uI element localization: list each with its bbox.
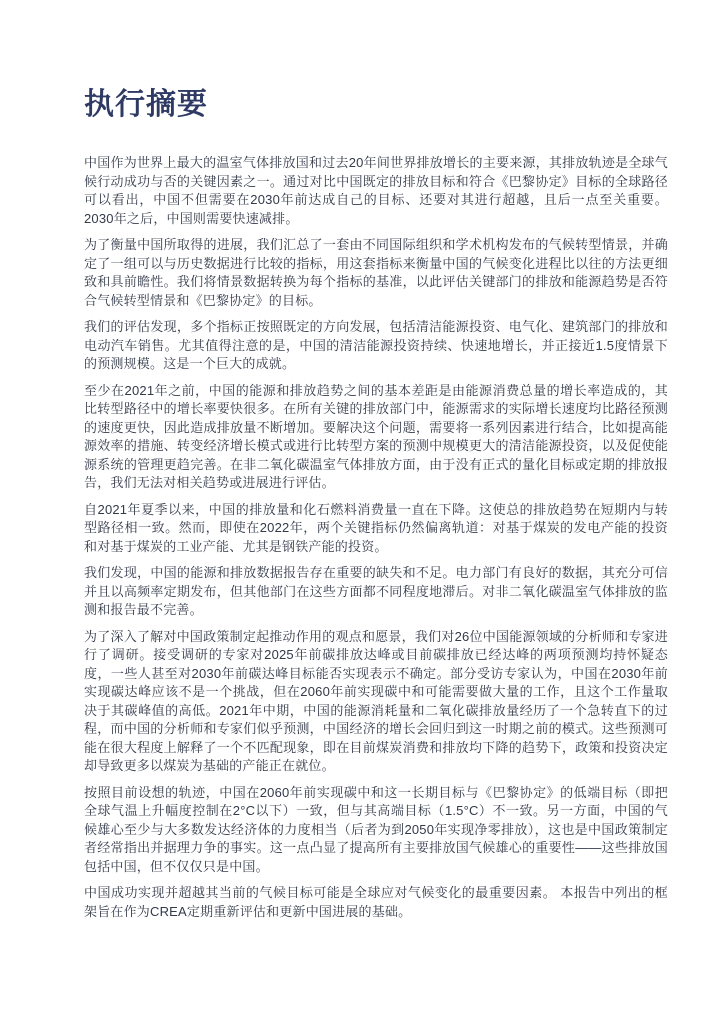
paragraph-1: 中国作为世界上最大的温室气体排放国和过去20年间世界排放增长的主要来源，其排放轨… <box>84 154 668 228</box>
paragraph-6: 我们发现，中国的能源和排放数据报告存在重要的缺失和不足。电力部门有良好的数据，其… <box>84 564 668 620</box>
paragraph-8: 按照目前设想的轨迹，中国在2060年前实现碳中和这一长期目标与《巴黎协定》的低端… <box>84 784 668 877</box>
paragraph-3: 我们的评估发现，多个指标正按照既定的方向发展，包括清洁能源投资、电气化、建筑部门… <box>84 318 668 374</box>
report-page: 执行摘要 中国作为世界上最大的温室气体排放国和过去20年间世界排放增长的主要来源… <box>0 0 724 1024</box>
paragraph-2: 为了衡量中国所取得的进展，我们汇总了一套由不同国际组织和学术机构发布的气候转型情… <box>84 236 668 310</box>
paragraph-5: 自2021年夏季以来，中国的排放量和化石燃料消费量一直在下降。这使总的排放趋势在… <box>84 501 668 557</box>
paragraph-4: 至少在2021年之前，中国的能源和排放趋势之间的基本差距是由能源消费总量的增长率… <box>84 382 668 493</box>
page-title: 执行摘要 <box>84 88 668 121</box>
paragraph-9: 中国成功实现并超越其当前的气候目标可能是全球应对气候变化的最重要因素。 本报告中… <box>84 884 668 921</box>
executive-summary-body: 中国作为世界上最大的温室气体排放国和过去20年间世界排放增长的主要来源，其排放轨… <box>84 154 668 921</box>
paragraph-7: 为了深入了解对中国政策制定起推动作用的观点和愿景，我们对26位中国能源领域的分析… <box>84 628 668 776</box>
